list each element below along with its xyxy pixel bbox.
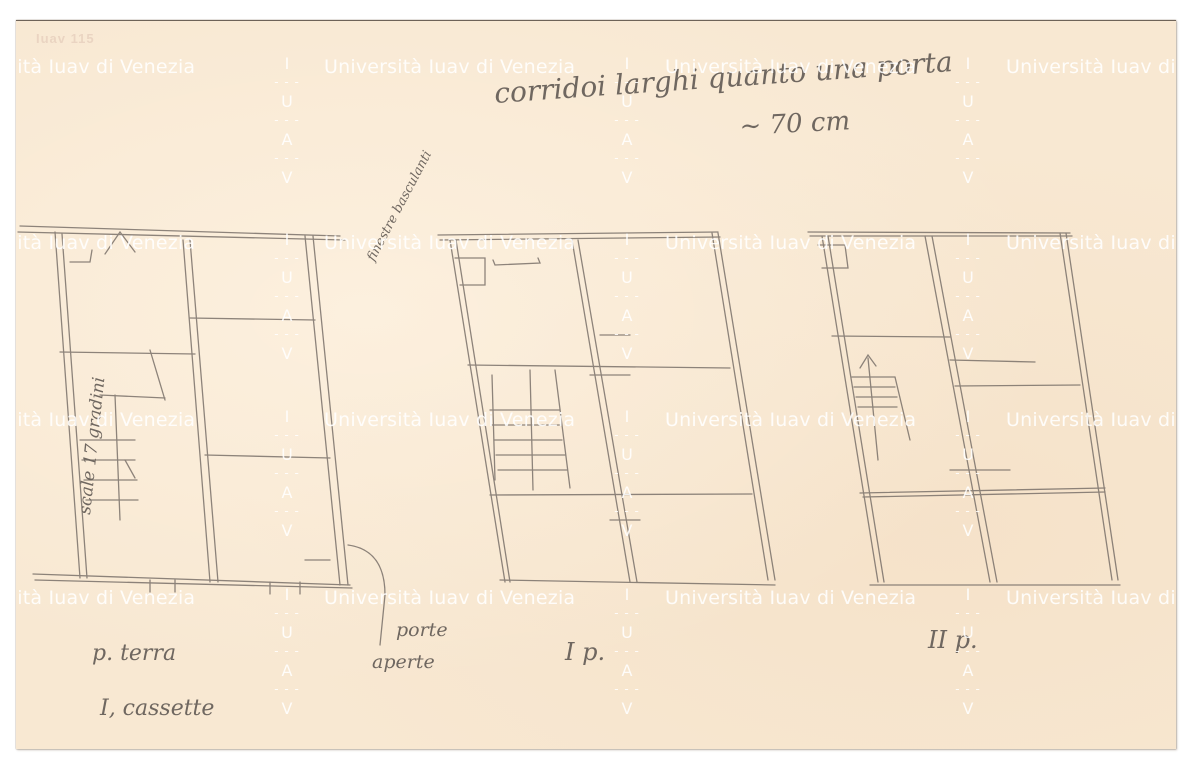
watermark-text: Università Iuav di Venezia	[1006, 56, 1176, 78]
watermark-layer: Università Iuav di Venezia Università Iu…	[16, 20, 1176, 748]
iuav-vertical-mark: I- - - U- - - A- - - V	[272, 585, 302, 718]
watermark-text: Università Iuav di Venezia	[665, 56, 916, 78]
watermark-text: Università Iuav di Venezia	[324, 56, 575, 78]
iuav-vertical-mark: I- - - U- - - A- - - V	[953, 585, 983, 718]
watermark-text: Università Iuav di Venezia	[665, 409, 916, 431]
iuav-vertical-mark: I- - - U- - - A- - - V	[612, 407, 642, 540]
watermark-text: Università Iuav di Venezia	[324, 409, 575, 431]
watermark-text: Università Iuav di Venezia	[16, 409, 195, 431]
iuav-vertical-mark: I- - - U- - - A- - - V	[612, 54, 642, 187]
watermark-text: Università Iuav di Venezia	[16, 56, 195, 78]
iuav-vertical-mark: I- - - U- - - A- - - V	[953, 407, 983, 540]
watermark-text: Università Iuav di Venezia	[665, 587, 916, 609]
iuav-vertical-mark: I- - - U- - - A- - - V	[953, 54, 983, 187]
iuav-vertical-mark: I- - - U- - - A- - - V	[953, 230, 983, 363]
watermark-text: Università Iuav di Venezia	[16, 232, 195, 254]
iuav-vertical-mark: I- - - U- - - A- - - V	[272, 54, 302, 187]
watermark-text: Università Iuav di Venezia	[16, 587, 195, 609]
watermark-text: Università Iuav di Venezia	[1006, 587, 1176, 609]
watermark-text: Università Iuav di Venezia	[324, 587, 575, 609]
iuav-vertical-mark: I- - - U- - - A- - - V	[612, 230, 642, 363]
watermark-text: Università Iuav di Venezia	[1006, 232, 1176, 254]
iuav-vertical-mark: I- - - U- - - A- - - V	[272, 407, 302, 540]
iuav-vertical-mark: I- - - U- - - A- - - V	[612, 585, 642, 718]
watermark-text: Università Iuav di Venezia	[1006, 409, 1176, 431]
watermark-text: Università Iuav di Venezia	[665, 232, 916, 254]
iuav-vertical-mark: I- - - U- - - A- - - V	[272, 230, 302, 363]
watermark-text: Università Iuav di Venezia	[324, 232, 575, 254]
